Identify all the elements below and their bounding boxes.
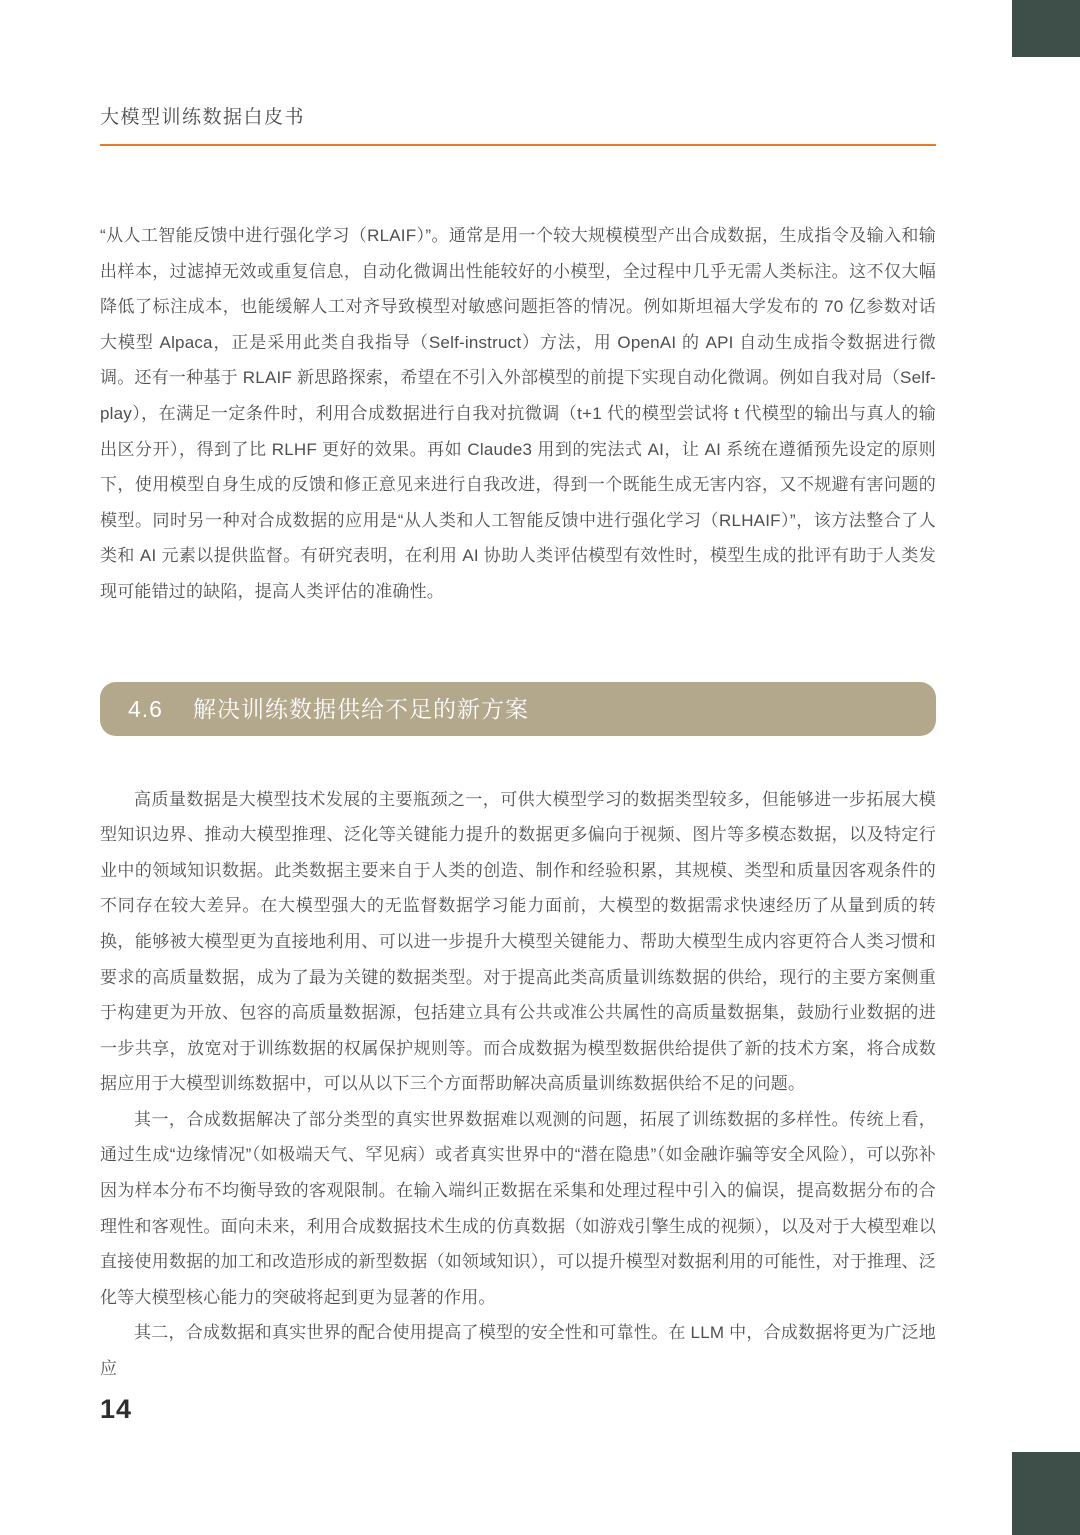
page-number: 14 — [100, 1394, 132, 1425]
section-title: 解决训练数据供给不足的新方案 — [193, 696, 529, 722]
page-content: “从人工智能反馈中进行强化学习（RLAIF）”。通常是用一个较大规模模型产出合成… — [100, 218, 936, 1387]
paragraph-high-quality-data: 高质量数据是大模型技术发展的主要瓶颈之一，可供大模型学习的数据类型较多，但能够进… — [100, 782, 936, 1102]
section-number: 4.6 — [128, 696, 163, 722]
document-title: 大模型训练数据白皮书 — [100, 102, 936, 129]
corner-decoration-top — [1012, 0, 1080, 57]
document-page: 大模型训练数据白皮书 “从人工智能反馈中进行强化学习（RLAIF）”。通常是用一… — [0, 0, 1080, 1535]
section-heading-4-6: 4.6解决训练数据供给不足的新方案 — [100, 682, 936, 736]
corner-decoration-bottom — [1012, 1452, 1080, 1535]
header-divider — [100, 144, 936, 146]
paragraph-point-two: 其二，合成数据和真实世界的配合使用提高了模型的安全性和可靠性。在 LLM 中，合… — [100, 1315, 936, 1386]
paragraph-point-one: 其一，合成数据解决了部分类型的真实世界数据难以观测的问题，拓展了训练数据的多样性… — [100, 1102, 936, 1316]
paragraph-rlaif-continued: “从人工智能反馈中进行强化学习（RLAIF）”。通常是用一个较大规模模型产出合成… — [100, 218, 936, 610]
document-header: 大模型训练数据白皮书 — [100, 102, 936, 146]
